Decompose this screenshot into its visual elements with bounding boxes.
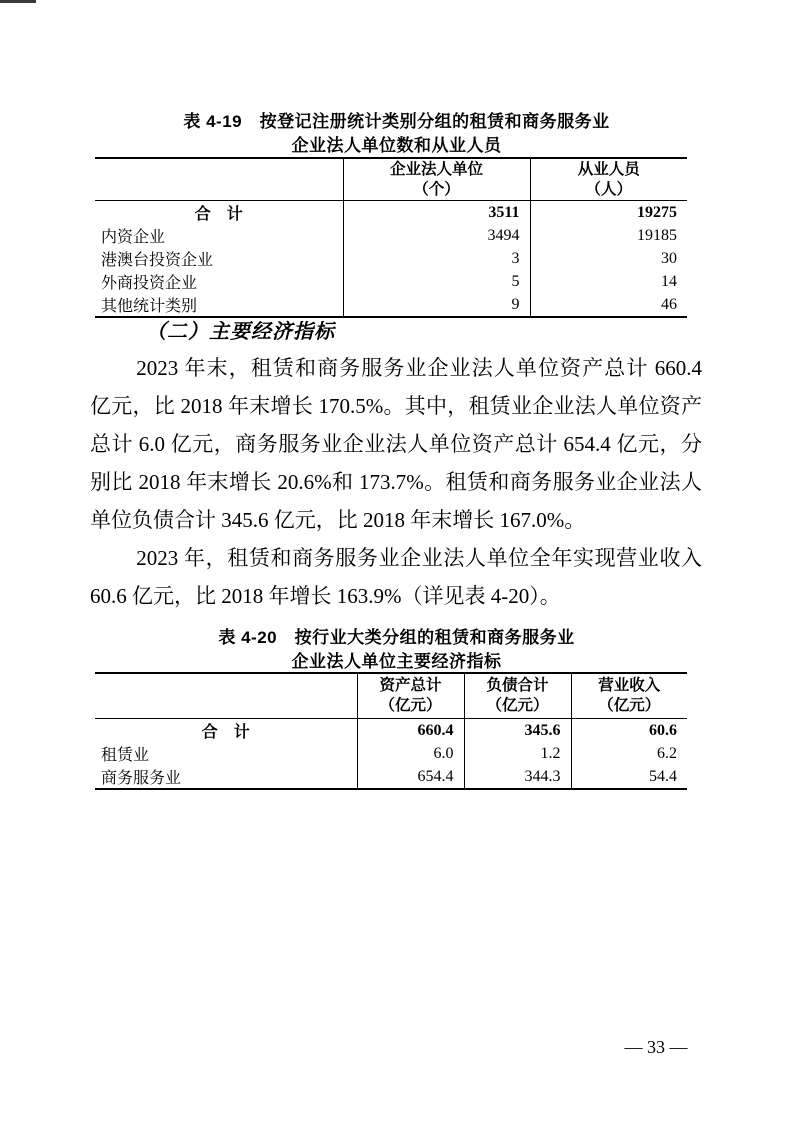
row-label: 外商投资企业 — [95, 270, 343, 293]
col-header-unit: （人） — [531, 180, 688, 200]
row-label: 港澳台投资企业 — [95, 247, 343, 270]
cell-value: 30 — [530, 247, 687, 270]
cell-value: 60.6 — [571, 719, 687, 743]
page-number: — 33 — — [606, 1037, 706, 1058]
cell-value: 54.4 — [571, 765, 687, 789]
cell-value: 3494 — [343, 224, 530, 247]
cell-value: 345.6 — [464, 719, 571, 743]
table-4-20-col-header-revenue: 营业收入 （亿元） — [571, 673, 687, 719]
cell-value: 6.0 — [357, 742, 464, 765]
table-row-total: 合 计 3511 19275 — [95, 201, 687, 225]
table-row: 外商投资企业 5 14 — [95, 270, 687, 293]
cell-value: 3 — [343, 247, 530, 270]
body-text: 2023 年末，租赁和商务服务业企业法人单位资产总计 660.4 亿元，比 20… — [90, 349, 702, 615]
row-label: 其他统计类别 — [95, 293, 343, 317]
table-row: 租赁业 6.0 1.2 6.2 — [95, 742, 687, 765]
paragraph-revenue: 2023 年，租赁和商务服务业企业法人单位全年实现营业收入 60.6 亿元，比 … — [90, 539, 702, 615]
cell-value: 654.4 — [357, 765, 464, 789]
scan-edge-artifact — [0, 0, 36, 3]
col-header-unit: （亿元） — [572, 696, 688, 716]
col-header-name: 资产总计 — [358, 676, 464, 696]
table-4-19-title: 表 4-19 按登记注册统计类别分组的租赁和商务服务业 企业法人单位数和从业人员 — [0, 110, 793, 158]
cell-value: 9 — [343, 293, 530, 317]
table-4-20-col-header-liabilities: 负债合计 （亿元） — [464, 673, 571, 719]
table-4-20-stub-cell — [95, 673, 357, 719]
col-header-name: 负债合计 — [465, 676, 571, 696]
row-label: 内资企业 — [95, 224, 343, 247]
table-4-20: 资产总计 （亿元） 负债合计 （亿元） 营业收入 （亿元） 合 计 660.4 … — [95, 672, 687, 790]
table-4-20-title-line1: 表 4-20 按行业大类分组的租赁和商务服务业 — [0, 626, 793, 650]
table-row: 其他统计类别 9 46 — [95, 293, 687, 317]
table-4-19: 企业法人单位 （个） 从业人员 （人） 合 计 3511 19275 内资企业 … — [95, 157, 687, 318]
row-label: 商务服务业 — [95, 765, 357, 789]
table-row: 商务服务业 654.4 344.3 54.4 — [95, 765, 687, 789]
row-label: 合 计 — [95, 719, 357, 743]
row-label: 合 计 — [95, 201, 343, 225]
cell-value: 46 — [530, 293, 687, 317]
col-header-unit: （个） — [344, 180, 530, 200]
col-header-unit: （亿元） — [358, 696, 464, 716]
table-4-20-title: 表 4-20 按行业大类分组的租赁和商务服务业 企业法人单位主要经济指标 — [0, 626, 793, 674]
row-label: 租赁业 — [95, 742, 357, 765]
table-4-19-stub-cell — [95, 158, 343, 201]
table-4-19-col-header-employees: 从业人员 （人） — [530, 158, 687, 201]
table-row-total: 合 计 660.4 345.6 60.6 — [95, 719, 687, 743]
cell-value: 14 — [530, 270, 687, 293]
document-page: 表 4-19 按登记注册统计类别分组的租赁和商务服务业 企业法人单位数和从业人员… — [0, 0, 793, 1122]
cell-value: 6.2 — [571, 742, 687, 765]
table-4-19-title-line1: 表 4-19 按登记注册统计类别分组的租赁和商务服务业 — [0, 110, 793, 134]
cell-value: 1.2 — [464, 742, 571, 765]
col-header-name: 营业收入 — [572, 676, 688, 696]
table-4-20-col-header-assets: 资产总计 （亿元） — [357, 673, 464, 719]
table-row: 港澳台投资企业 3 30 — [95, 247, 687, 270]
cell-value: 3511 — [343, 201, 530, 225]
table-4-20-title-line2: 企业法人单位主要经济指标 — [0, 650, 793, 674]
cell-value: 19185 — [530, 224, 687, 247]
section-heading: （二）主要经济指标 — [146, 315, 335, 344]
col-header-name: 企业法人单位 — [344, 160, 530, 180]
cell-value: 660.4 — [357, 719, 464, 743]
table-4-19-col-header-units: 企业法人单位 （个） — [343, 158, 530, 201]
cell-value: 344.3 — [464, 765, 571, 789]
col-header-unit: （亿元） — [465, 696, 571, 716]
table-4-20-header-row: 资产总计 （亿元） 负债合计 （亿元） 营业收入 （亿元） — [95, 673, 687, 719]
paragraph-assets: 2023 年末，租赁和商务服务业企业法人单位资产总计 660.4 亿元，比 20… — [90, 349, 702, 539]
cell-value: 19275 — [530, 201, 687, 225]
table-row: 内资企业 3494 19185 — [95, 224, 687, 247]
table-4-19-title-line2: 企业法人单位数和从业人员 — [0, 134, 793, 158]
table-4-19-header-row: 企业法人单位 （个） 从业人员 （人） — [95, 158, 687, 201]
cell-value: 5 — [343, 270, 530, 293]
col-header-name: 从业人员 — [531, 160, 688, 180]
